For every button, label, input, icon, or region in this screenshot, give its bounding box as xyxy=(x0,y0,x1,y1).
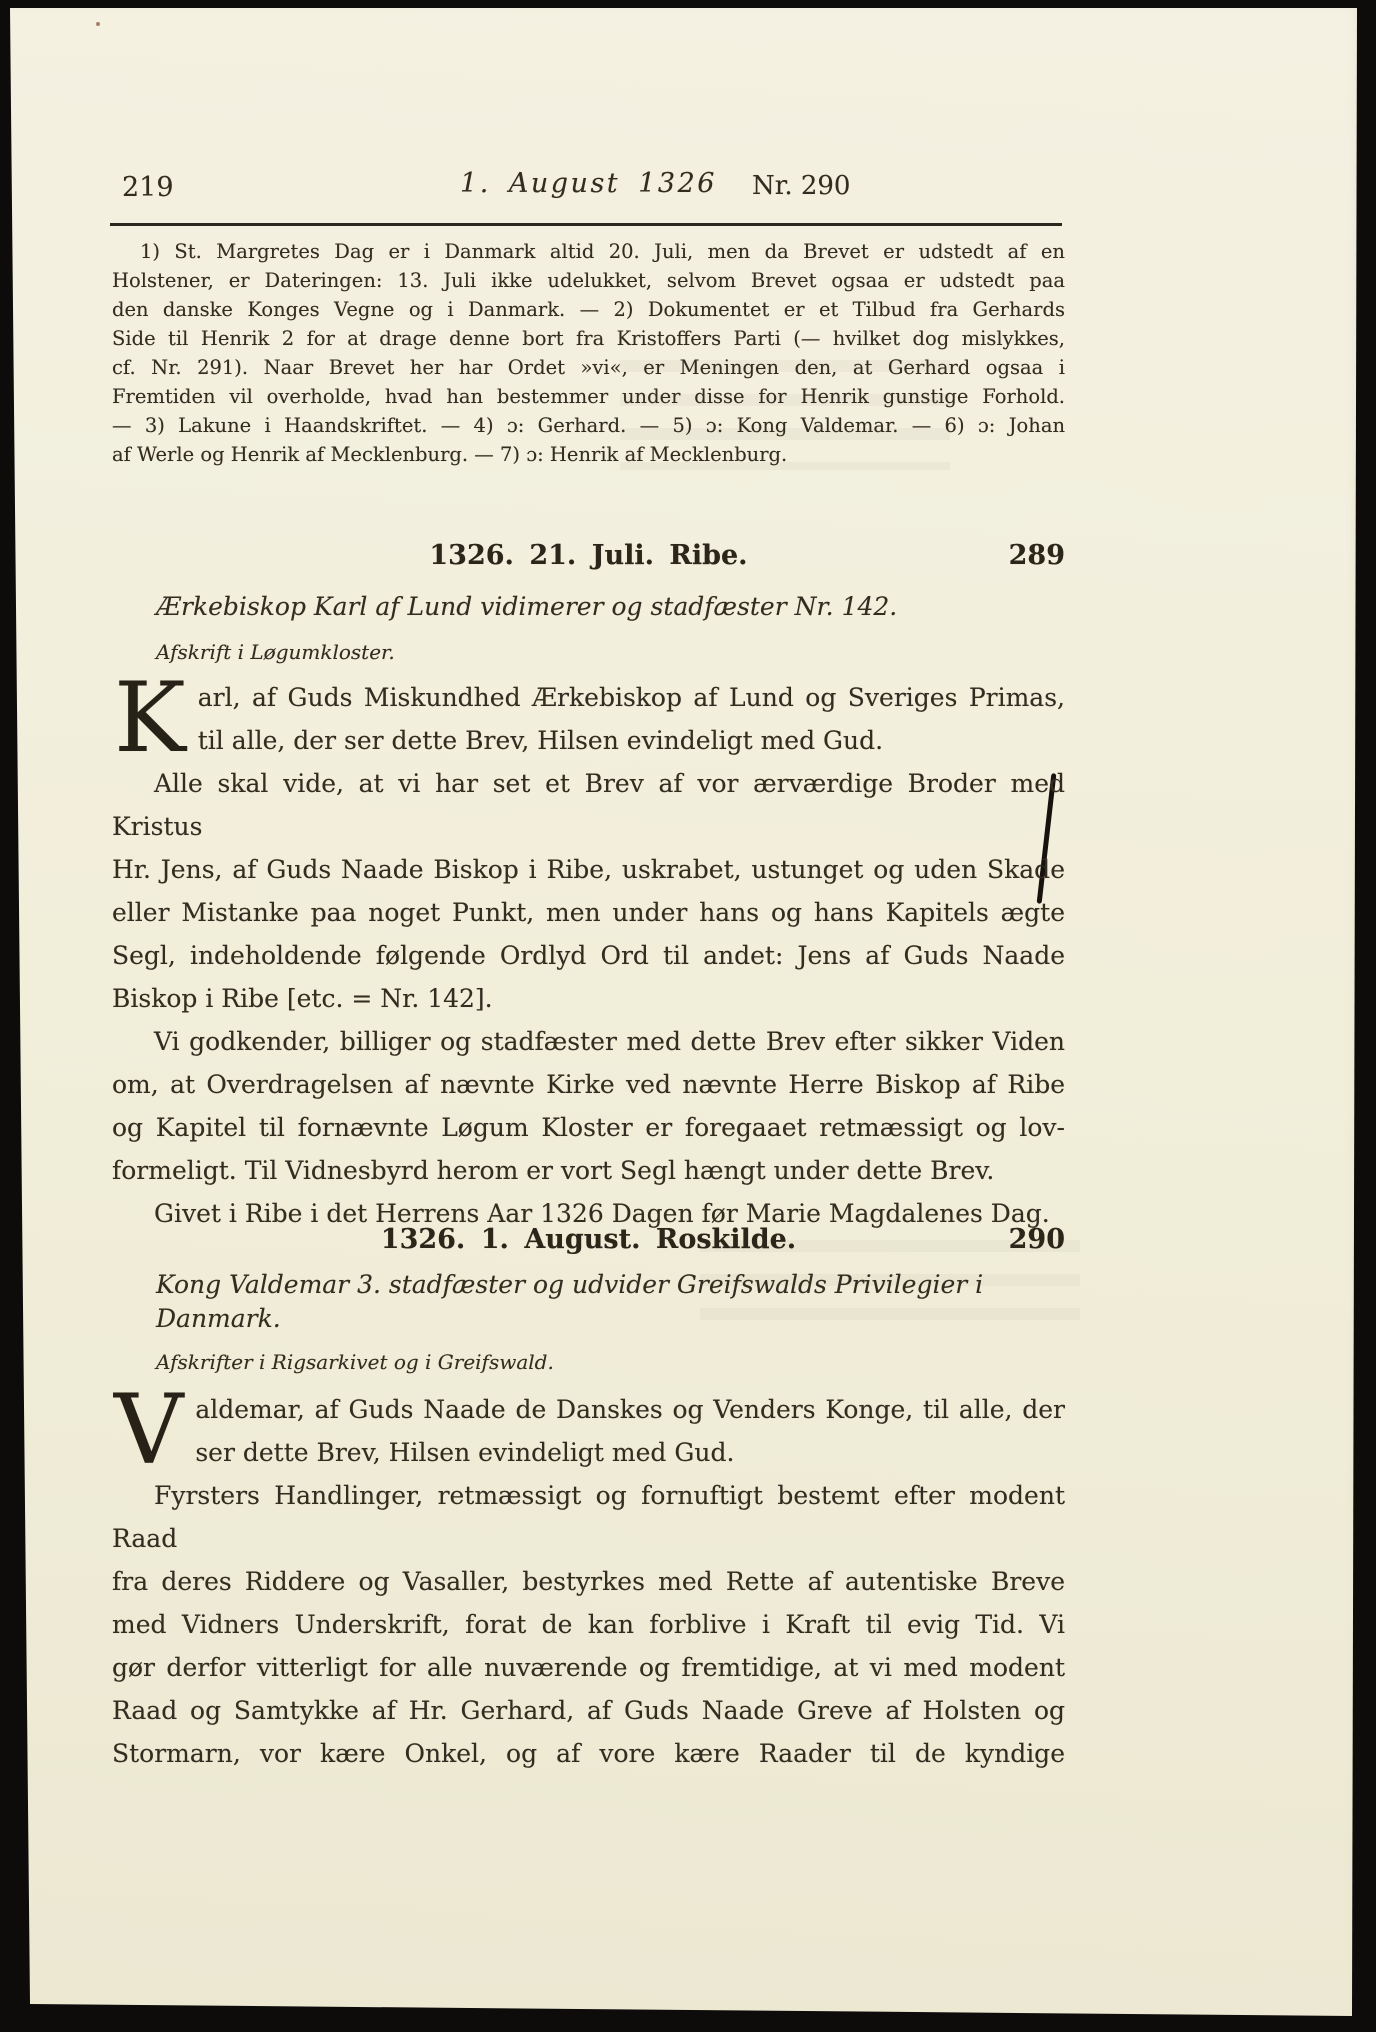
dropcap-initial: V xyxy=(114,1391,183,1474)
body-line: ser dette Brev, Hilsen evindeligt med Gu… xyxy=(112,1431,1065,1474)
header-rule xyxy=(110,223,1062,226)
body-line: gør derfor vitterligt for alle nuværende… xyxy=(112,1646,1065,1689)
body-line: med Vidners Underskrift, forat de kan fo… xyxy=(112,1603,1065,1646)
body-line: Fyrsters Handlinger, retmæssigt og fornu… xyxy=(112,1474,1065,1560)
body-line: Stormarn, vor kære Onkel, og af vore kær… xyxy=(112,1732,1065,1775)
entry-summary: Ærkebiskop Karl af Lund vidimerer og sta… xyxy=(112,590,1065,624)
entry-summary: Kong Valdemar 3. stadfæster og udvider G… xyxy=(112,1268,1065,1336)
entry-source: Afskrift i Løgumkloster. xyxy=(112,638,1065,666)
entry-number: 290 xyxy=(1009,1222,1065,1258)
body-line: eller Mistanke paa noget Punkt, men unde… xyxy=(112,891,1065,934)
entry-heading-text: 1326. 1. August. Roskilde. xyxy=(381,1224,796,1255)
entry-heading: 1326. 1. August. Roskilde. 290 xyxy=(112,1222,1065,1258)
entry-source: Afskrifter i Rigsarkivet og i Greifswald… xyxy=(112,1348,1065,1376)
footnote-block: 1) St. Margretes Dag er i Danmark altid … xyxy=(112,237,1065,469)
body-line: Alle skal vide, at vi har set et Brev af… xyxy=(112,762,1065,848)
entry-body: Valdemar, af Guds Naade de Danskes og Ve… xyxy=(112,1388,1065,1775)
footnote-line: af Werle og Henrik af Mecklenburg. — 7) … xyxy=(112,440,1065,469)
body-line: aldemar, af Guds Naade de Danskes og Ven… xyxy=(112,1388,1065,1431)
body-paragraph: Valdemar, af Guds Naade de Danskes og Ve… xyxy=(112,1388,1065,1474)
body-paragraph: Alle skal vide, at vi har set et Brev af… xyxy=(112,762,1065,1020)
body-line: om, at Overdragelsen af nævnte Kirke ved… xyxy=(112,1063,1065,1106)
entry-section-290: 1326. 1. August. Roskilde. 290 Kong Vald… xyxy=(112,1222,1065,1775)
entry-body: Karl, af Guds Miskundhed Ærkebiskop af L… xyxy=(112,676,1065,1235)
body-line: formeligt. Til Vidnesbyrd herom er vort … xyxy=(112,1149,1065,1192)
body-line: og Kapitel til fornævnte Løgum Kloster e… xyxy=(112,1106,1065,1149)
footnote-line: — 3) Lakune i Haandskriftet. — 4) ɔ: Ger… xyxy=(112,411,1065,440)
page-scan: 219 1. August 1326 Nr. 290 1) St. Margre… xyxy=(0,0,1376,2032)
footnote-line: cf. Nr. 291). Naar Brevet her har Ordet … xyxy=(112,353,1065,382)
footnote-line: Fremtiden vil overholde, hvad han bestem… xyxy=(112,382,1065,411)
footnote-line: den danske Konges Vegne og i Danmark. — … xyxy=(112,295,1065,324)
entry-section-289: 1326. 21. Juli. Ribe. 289 Ærkebiskop Kar… xyxy=(112,538,1065,1235)
dropcap-initial: K xyxy=(114,679,186,762)
body-paragraph: Fyrsters Handlinger, retmæssigt og fornu… xyxy=(112,1474,1065,1775)
body-line: Biskop i Ribe [etc. = Nr. 142]. xyxy=(112,977,1065,1020)
body-line: Hr. Jens, af Guds Naade Biskop i Ribe, u… xyxy=(112,848,1065,891)
paper-speck-artifact xyxy=(96,22,100,26)
header-issue-number: Nr. 290 xyxy=(752,171,850,201)
footnote-line: 1) St. Margretes Dag er i Danmark altid … xyxy=(112,237,1065,266)
body-line: Vi godkender, billiger og stadfæster med… xyxy=(112,1020,1065,1063)
body-line: Segl, indeholdende følgende Ordlyd Ord t… xyxy=(112,934,1065,977)
entry-heading: 1326. 21. Juli. Ribe. 289 xyxy=(112,538,1065,574)
body-paragraph: Karl, af Guds Miskundhed Ærkebiskop af L… xyxy=(112,676,1065,762)
body-line: til alle, der ser dette Brev, Hilsen evi… xyxy=(112,719,1065,762)
body-paragraph: Vi godkender, billiger og stadfæster med… xyxy=(112,1020,1065,1192)
body-line: Raad og Samtykke af Hr. Gerhard, af Guds… xyxy=(112,1689,1065,1732)
footnote-line: Side til Henrik 2 for at drage denne bor… xyxy=(112,324,1065,353)
body-line: arl, af Guds Miskundhed Ærkebiskop af Lu… xyxy=(112,676,1065,719)
entry-heading-text: 1326. 21. Juli. Ribe. xyxy=(429,540,747,571)
page-header: 219 1. August 1326 Nr. 290 xyxy=(112,168,1065,220)
body-line: fra deres Riddere og Vasaller, bestyrkes… xyxy=(112,1560,1065,1603)
running-title: 1. August 1326 xyxy=(112,168,1065,199)
footnote-line: Holstener, er Dateringen: 13. Juli ikke … xyxy=(112,266,1065,295)
entry-number: 289 xyxy=(1009,538,1065,574)
